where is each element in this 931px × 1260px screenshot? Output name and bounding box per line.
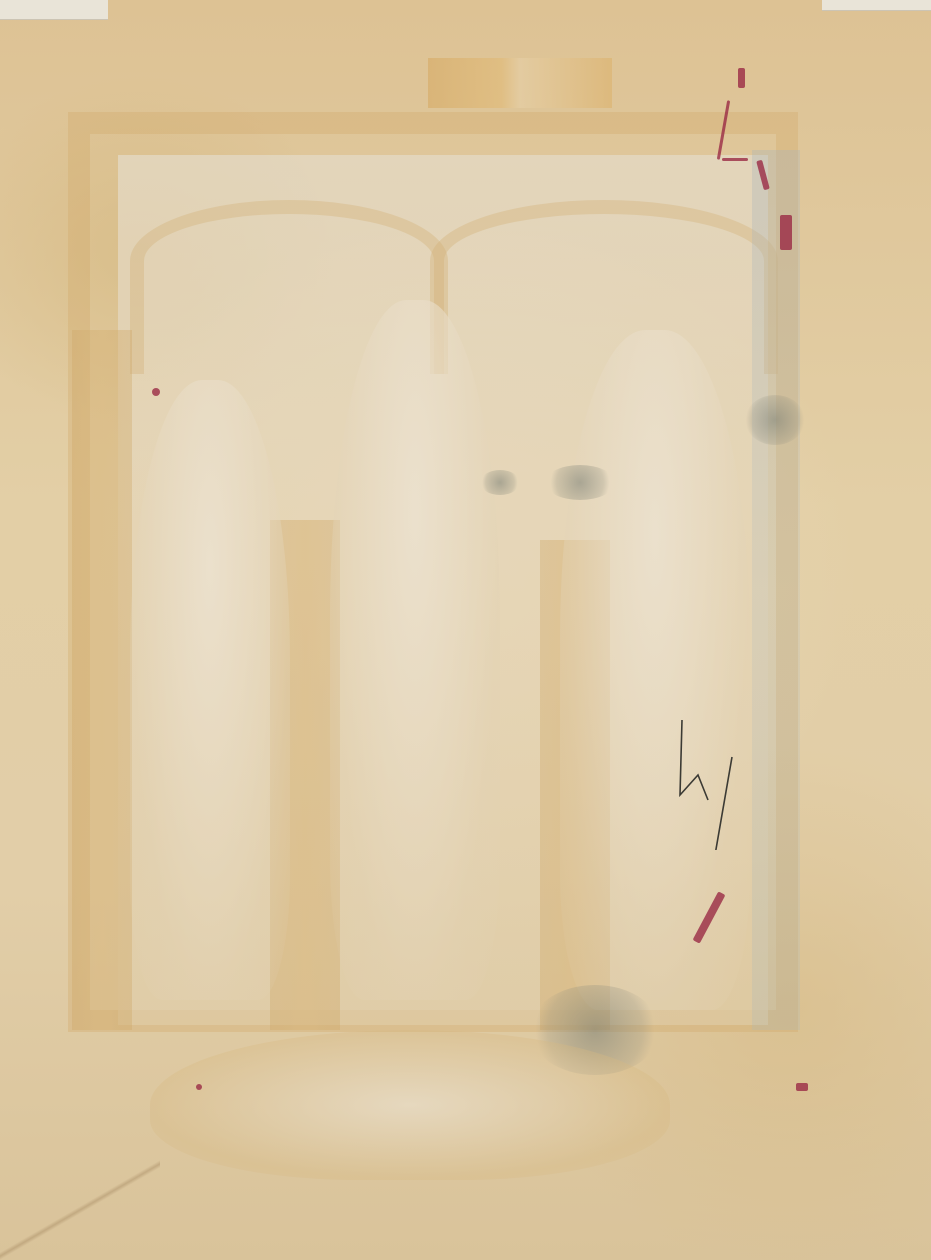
column-left (72, 330, 132, 1030)
glue-label-residue (428, 58, 612, 108)
red-ink-dot-left (152, 388, 160, 396)
arch-right (430, 200, 778, 374)
blue-grey-edge-strip (752, 150, 800, 1030)
tape-strip-top-right (822, 0, 931, 11)
corner-fold-crease (0, 1160, 160, 1260)
red-ink-underline (722, 158, 748, 161)
red-ink-dot-lower-left (196, 1084, 202, 1090)
grey-stain-center (545, 465, 615, 500)
grey-stain-small (480, 470, 520, 495)
figure-left-silhouette (130, 380, 290, 1000)
pencil-inscription-w (670, 715, 740, 850)
artwork-verso (0, 0, 931, 1260)
figure-right-silhouette (560, 330, 750, 1010)
tape-strip-top-left (0, 0, 108, 20)
grey-stain-right (745, 395, 805, 445)
drapery-bleed-through (150, 1030, 670, 1180)
red-ink-mark-top (738, 68, 745, 88)
red-ink-blot (780, 215, 792, 250)
red-ink-dot-bottom (796, 1083, 808, 1091)
figure-center-silhouette (330, 300, 500, 1000)
